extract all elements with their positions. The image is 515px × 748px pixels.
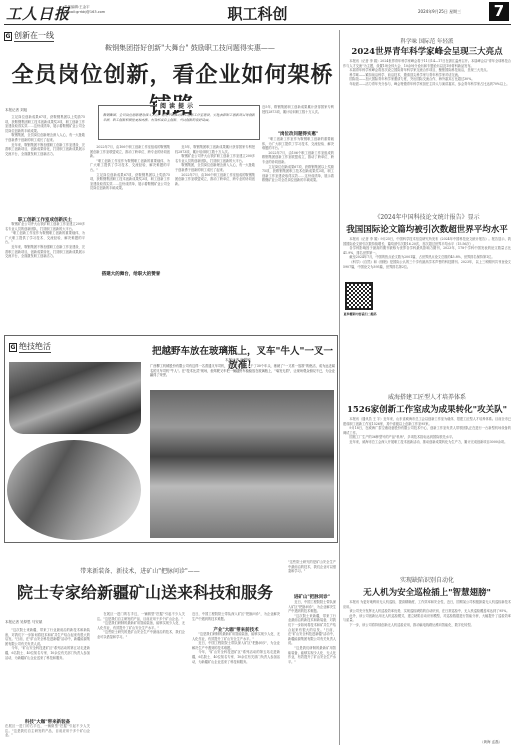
mining-col-3-top: 近日，中国工程院院士带队深入矿区"把脉问诊"，为企业解决生产中遇到的技术难题。 [192,612,280,622]
paragraph: 此外，该公司创新运用无人机巡检模式，建立缺陷自动识别模型，对巡检数据进行智能分析… [343,614,511,623]
right-headline-4: 无人机为安全巡检插上"智慧翅膀" [342,586,512,598]
paragraph: 立足岗位创新成果67项，获鞍钢集团以上奖励75项，获鞍钢集团职工技术创新成果奖3… [90,173,170,191]
paragraph: 2022年7月，由106个职工创新工作室组成的鞍钢集团创新工作室联盟成立，推动了… [90,145,170,159]
right-kicker-3: 威海搭建工匠型人才培养体系 [342,392,512,401]
paragraph: 2022年7月，由106个职工创新工作室组成的鞍钢集团创新工作室联盟成立，推动了… [175,173,255,187]
lead-col-3: 2022年7月，由106个职工创新工作室组成的鞍钢集团创新工作室联盟成立，推动了… [90,145,170,332]
paragraph: "这是我们研制的最新矿用智能装备，能够实现少人化、无人化作业，有效提升了矿山安全… [192,632,280,641]
paragraph: 本报讯（通讯员 王 宇）近年来，山东省威海市总工会以创新工作室为载体，搭建工匠型… [343,417,511,426]
section-glyph-icon: G [9,343,17,352]
mining-col-3: "这是我们研制的最新矿用智能装备，能够实现少人化、无人化作业，有效提升了矿山安全… [192,632,280,748]
section-tag-label: 绝技绝活 [19,341,51,353]
paragraph: 立足岗位创新成果67项，获鞍钢集团以上奖励75项，获鞍钢集团职工技术创新成果奖3… [5,115,85,133]
photo-forklift-driver [9,362,141,434]
paragraph: "这是我们研制的最新矿用智能装备，能够实现少人化、无人化作业，有效提升了矿山安全… [288,646,336,664]
mining-col-4-top: "这些院士研究的是矿山安全生产中最前沿的技术，我们企业可以借鉴和学习。" [288,560,336,590]
right-article-4: 本报讯 为更好地利用无人机巡检，提高精确度，工作效率和安全性，近日，国网某公司积… [343,600,511,742]
lead-byline: 本报记者 刘旭 [5,108,27,113]
right-kicker-2: 《2024年中国科技论文统计报告》显示 [342,212,512,221]
paragraph: 近5年，鞍钢集团职工创新成果累计获得国家专利授权2873项，累计培训职工数十万人… [175,145,255,154]
paragraph: "这次院士来新疆，带来了行业最前沿的新技术和新装备，对我们下一步如何将技术和矿井… [288,614,336,646]
reading-tips-text: 鞍钢集团，全员岗位创新理念深入人心，通过不断推动职工创新工作室建设、实施表彰职工… [103,113,255,139]
issue-date: 2024年9月25日 星期三 [418,9,461,15]
right-tagline: 科学味 国际范 年轻派 [342,37,512,45]
section-tag-skills: G 绝技绝活 [9,341,51,353]
paragraph: 鞍钢集团，全员岗位创新理念深入人心，有一大批敢于创新勇于创新的职工成长了起来。 [175,163,255,172]
paragraph: 今年，"矿山安全科技进矿区"系列活动的第五站走进新疆，6名院士、40位知名专家、… [5,646,90,660]
page-number-badge: 7 [489,2,509,21]
mining-kicker: 带来新装备、新技术，进矿山"把脉问诊"—— [40,566,240,575]
paragraph: 近日，中国工程院院士带队深入矿区"把脉问诊"，为企业解决生产中遇到的技术难题。 [192,641,280,650]
paragraph: 2022年7月，由106个职工创新工作室组成的鞍钢集团创新工作室联盟成立，推动了… [262,151,334,165]
paragraph: 近日，中国工程院院士带队深入矿区"把脉问诊"，为企业解决生产中遇到的技术难题。 [288,600,336,614]
paragraph: 《科学》《自然》和《细胞》是国际公认的三个享有最高学术声誉的科技期刊。2023年… [343,260,511,269]
right-headline-1: 2024世界青年科学家峰会呈现三大亮点 [342,45,512,57]
mining-col-1b: 在展区一进门的右手边，一辆微型"挖掘"引起不少人关注。"这是我们自主研发的产品，… [5,724,90,748]
lead-col-5-top: 近5年，鞍钢集团职工创新成果累计获得国家专利授权2873项，累计培训职工数十万人… [262,105,334,127]
paragraph: 近年来，鞍钢集团不断加强职工创新工作室建设、完善职工创新项目，创新成果转化，打造… [5,143,85,157]
paragraph: 鞍钢矿业公司齐大山铁矿职工创新工作室建立200多名专业人员的创新团队，打造职工创… [5,222,85,231]
paragraph: 今年，"矿山安全科技进矿区"系列活动的第五站走进新疆，6名院士、40位知名专家、… [192,650,280,664]
photo-suv-on-bottles [150,390,334,538]
paragraph: "这次院士来新疆，带来了行业最前沿的新技术和新装备，对我们下一步如何将技术和矿井… [5,628,90,646]
reading-tips-title: 阅读提示 [157,101,199,110]
paragraph: "这些院士研究的是矿山安全生产中最前沿的技术，我们企业可以借鉴和学习。" [97,630,185,639]
paragraph: 下一步，该公司将持续创新无人机巡检应用，推动输电线路运维向智能化、数字化转型。 [343,623,511,628]
section-glyph-icon: G [4,32,12,41]
section-tag-label: 创新在一线 [14,30,54,42]
mining-col-4: 近日，中国工程院院士带队深入矿区"把脉问诊"，为企业解决生产中遇到的技术难题。 … [288,600,336,748]
lead-col-4: 近5年，鞍钢集团职工创新成果累计获得国家专利授权2873项，累计培训职工数十万人… [175,145,255,332]
mining-byline: 本报记者 吴铎思 马安斌 [5,620,42,625]
lead-col-2: 鞍钢矿业公司齐大山铁矿职工创新工作室建立200多名专业人员的创新团队，打造职工创… [5,222,85,332]
mining-col-1: "这次院士来新疆，带来了行业最前沿的新技术和新装备，对我们下一步如何将技术和矿井… [5,628,90,716]
paragraph: 立足岗位创新成果67项，获鞍钢集团以上奖励75项，获鞍钢集团职工技术创新成果奖3… [262,165,334,183]
mining-headline: 院士专家给新疆矿山送来科技和服务 [10,580,280,603]
paragraph: 近年来，威海市总工会深入开展职工技术创新活动，推动创新成果转化为生产力，累计完成… [343,440,511,445]
column-divider [339,30,340,745]
reading-tips-box: 阅读提示 鞍钢集团，全员岗位创新理念深入人心，通过不断推动职工创新工作室建设、实… [98,105,260,140]
paragraph: 9月18日，在威海广泰空港设备股份有限公司技术中心，创新工作室负责人带领团队正在… [343,426,511,435]
masthead-rule [4,24,511,25]
lead-subhead-2: 搭建大的舞台，给职大的赞誉 [90,271,172,277]
lead-kicker: 鞍钢集团搭好创新"大舞台" 鼓励职工技问题得实惠—— [60,43,320,53]
paragraph: 鞍钢矿业公司齐大山铁矿职工创新工作室建立200多名专业人员的创新团队，打造职工创… [175,154,255,163]
mining-col-2: 在展区一进门的右手边，一辆微型"挖掘"引起不少人关注。"这是我们自主研发的产品，… [97,612,185,748]
paragraph: 近年来，鞍钢集团不断加强职工创新工作室建设、完善职工创新项目，创新成果转化，打造… [5,245,85,259]
qr-code[interactable] [345,282,373,310]
paragraph: "职工创新工作室作为鞍钢职工创新的重要载体，为广大职工提供了学习技术、交流经验、… [262,137,334,151]
paragraph: 年轻派——活力青年充分参与，峰会特邀青年科学家担任主持人与演讲嘉宾，参会青年科学… [343,82,511,87]
lead-col-1: 立足岗位创新成果67项，获鞍钢集团以上奖励75项，获鞍钢集团职工技术创新成果奖3… [5,115,85,211]
skills-body: 广西柳工机械股份有限公司有这样一名普通叉车司机，在叉车驾驶位上干了30个年头，练… [150,364,335,384]
right-article-1: 本报讯（记者 李 娟）2024世界青年科学家峰会将于11月14—17日在浙江温州… [343,59,511,207]
right-headline-2: 我国国际论文篇均被引次数超世界平均水平 [342,223,512,235]
skills-byline: 本报记者 庞慧敏 [225,358,251,363]
lead-col-5: "职工创新工作室作为鞍钢职工创新的重要载体，为广大职工提供了学习技术、交流经验、… [262,137,334,332]
right-headline-3: 1526家创新工作室成为成果转化"攻关队" [342,403,512,415]
article-credit: （黄海 孟磊） [480,740,502,745]
section-tag-innovation: G 创新在一线 [4,30,54,42]
paragraph: "这是我们研制的最新矿用智能装备，能够实现少人化、无人化作业，有效提升了矿山安全… [97,621,185,630]
paragraph: 在展区一进门的右手边，一辆微型"挖掘"引起不少人关注。"这是我们自主研发的产品，… [97,612,185,621]
paragraph: 本报讯 为更好地利用无人机巡检，提高精确度，工作效率和安全性，近日，国网某公司积… [343,600,511,609]
paragraph: 本报讯（记者 李 娟）2024世界青年科学家峰会将于11月14—17日在浙江温州… [343,59,511,68]
right-article-3: 本报讯（通讯员 王 宇）近年来，山东省威海市总工会以创新工作室为载体，搭建工匠型… [343,417,511,539]
photo-driver-portrait [7,440,141,540]
paragraph: 本报讯（记者 李 娟）9月25日，中国科学技术信息研究所发布《2024年中国科技… [343,237,511,246]
paragraph: "职工创新工作室作为鞍钢职工创新的重要载体，为广大职工提供了学习技术、交流经验、… [5,231,85,245]
paragraph: "职工创新工作室作为鞍钢职工创新的重要载体，为广大职工提供了学习技术、交流经验、… [90,159,170,173]
paragraph: 各学科影响因子最高的期刊被称为世界各学科最具影响力期刊，2023年，178个学科… [343,246,511,255]
paragraph: 鞍钢集团，全员岗位创新理念深入人心，有一大批敢于创新勇于创新的职工成长了起来。 [5,133,85,142]
right-kicker-4: 实现缺陷识别自动化 [342,575,512,584]
qr-caption: 更多精彩内容请扫二维码 [343,312,377,316]
